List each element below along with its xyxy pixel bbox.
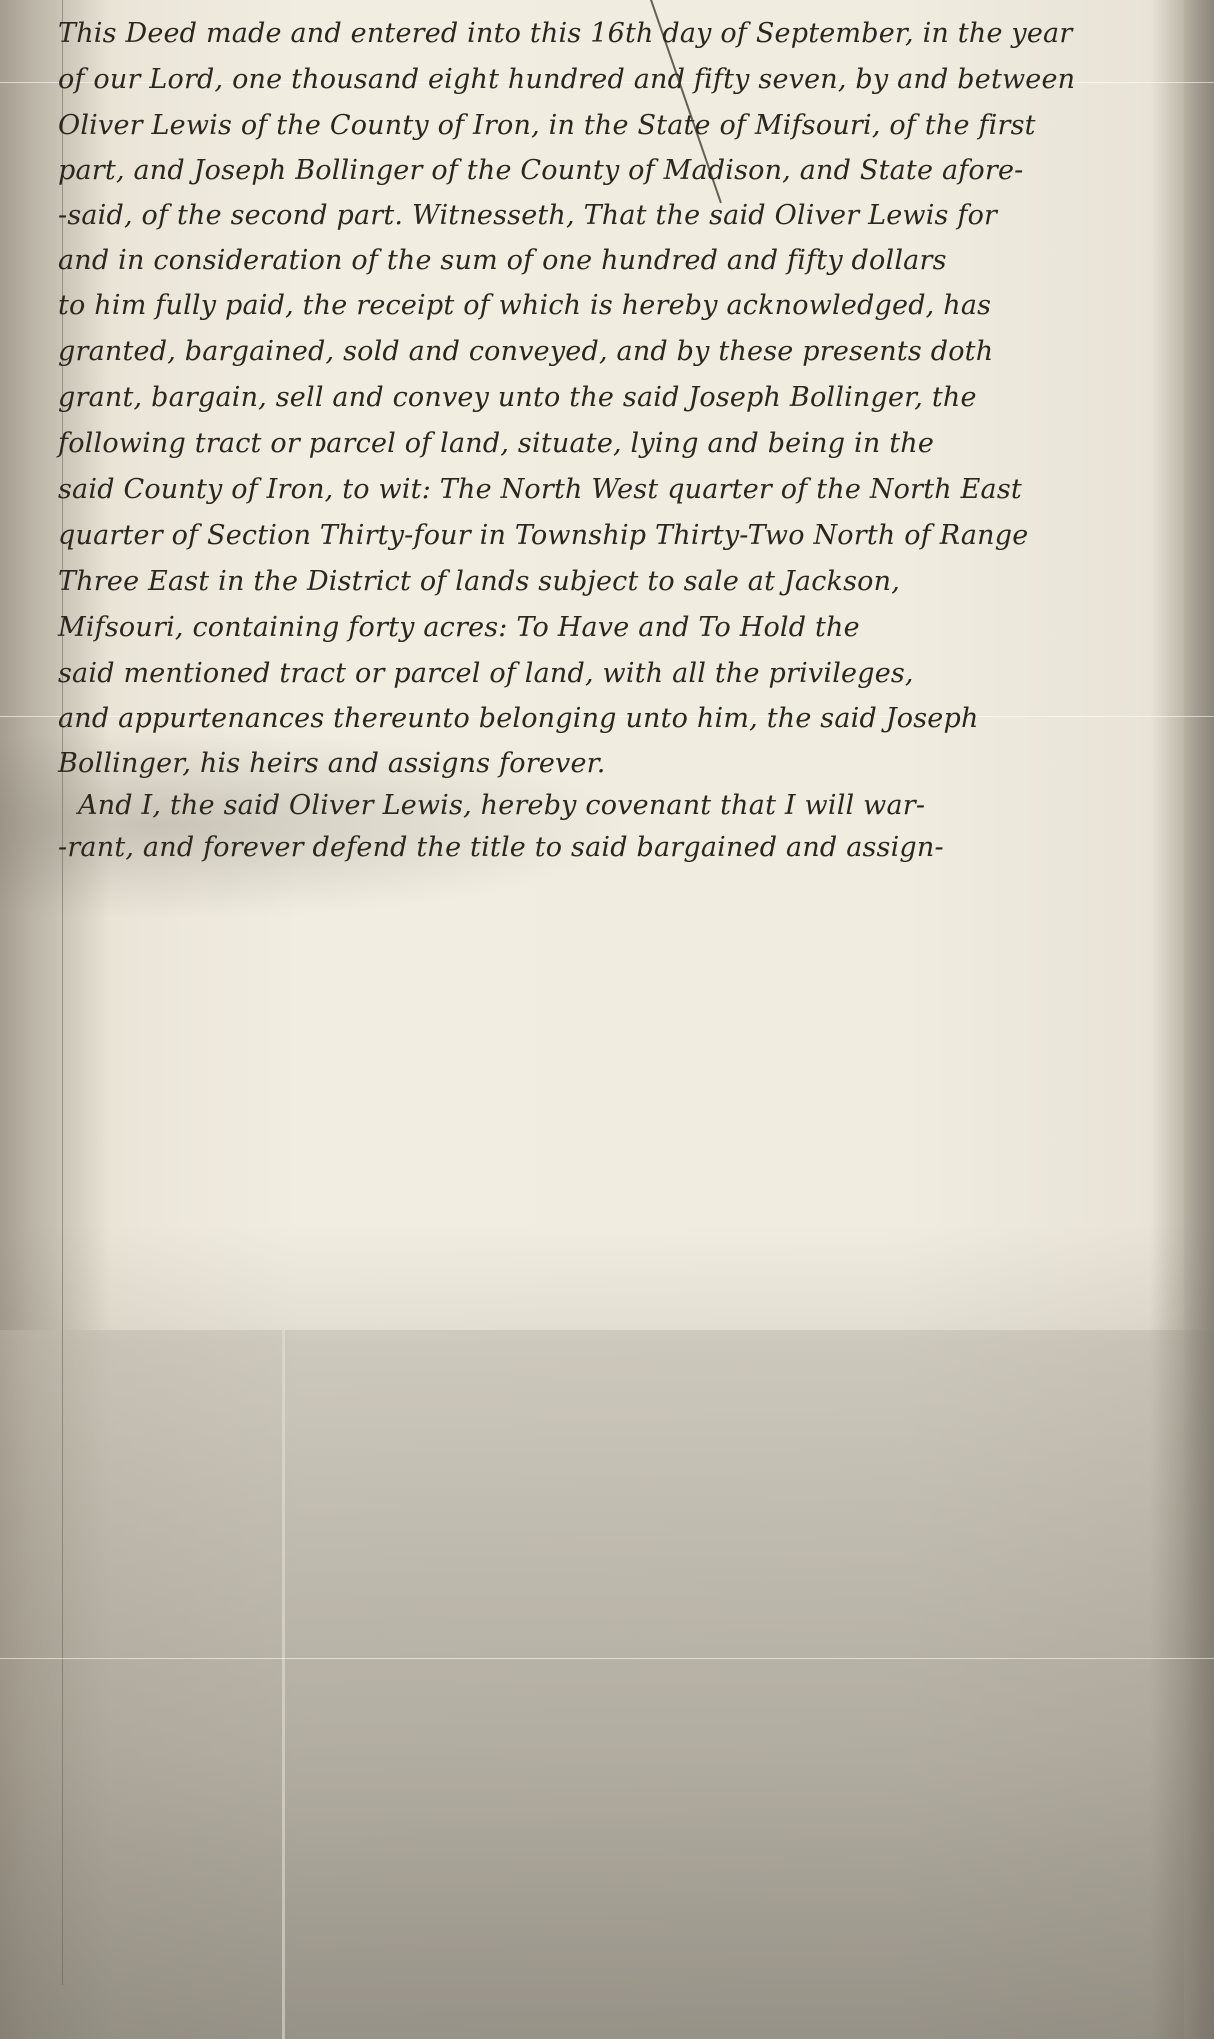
deed-line: and in consideration of the sum of one h… [58,245,947,276]
deed-line: granted, bargained, sold and conveyed, a… [58,336,993,367]
deed-line: part, and Joseph Bollinger of the County… [58,155,1024,186]
deed-line: And I, the said Oliver Lewis, hereby cov… [78,790,925,821]
deed-line: of our Lord, one thousand eight hundred … [58,64,1075,95]
photocopy-shadow [0,1330,1214,2039]
deed-line: This Deed made and entered into this 16t… [58,18,1072,49]
fold-crease [282,1330,285,2039]
ledger-rule [0,1658,1214,1659]
deed-line: said mentioned tract or parcel of land, … [58,658,914,689]
deed-line: -said, of the second part. Witnesseth, T… [58,200,997,231]
page-edge [1184,0,1214,2039]
deed-line: and appurtenances thereunto belonging un… [58,703,979,734]
deed-line: Oliver Lewis of the County of Iron, in t… [58,110,1036,141]
deed-line: Bollinger, his heirs and assigns forever… [58,748,606,779]
deed-page: This Deed made and entered into this 16t… [0,0,1214,2039]
deed-line: -rant, and forever defend the title to s… [58,832,944,863]
deed-line: grant, bargain, sell and convey unto the… [58,382,977,413]
deed-line: Three East in the District of lands subj… [58,566,900,597]
deed-line: Mifsouri, containing forty acres: To Hav… [58,612,860,643]
deed-line: following tract or parcel of land, situa… [58,428,934,459]
deed-line: said County of Iron, to wit: The North W… [58,474,1022,505]
deed-line: quarter of Section Thirty-four in Townsh… [58,520,1028,551]
deed-line: to him fully paid, the receipt of which … [58,290,991,321]
